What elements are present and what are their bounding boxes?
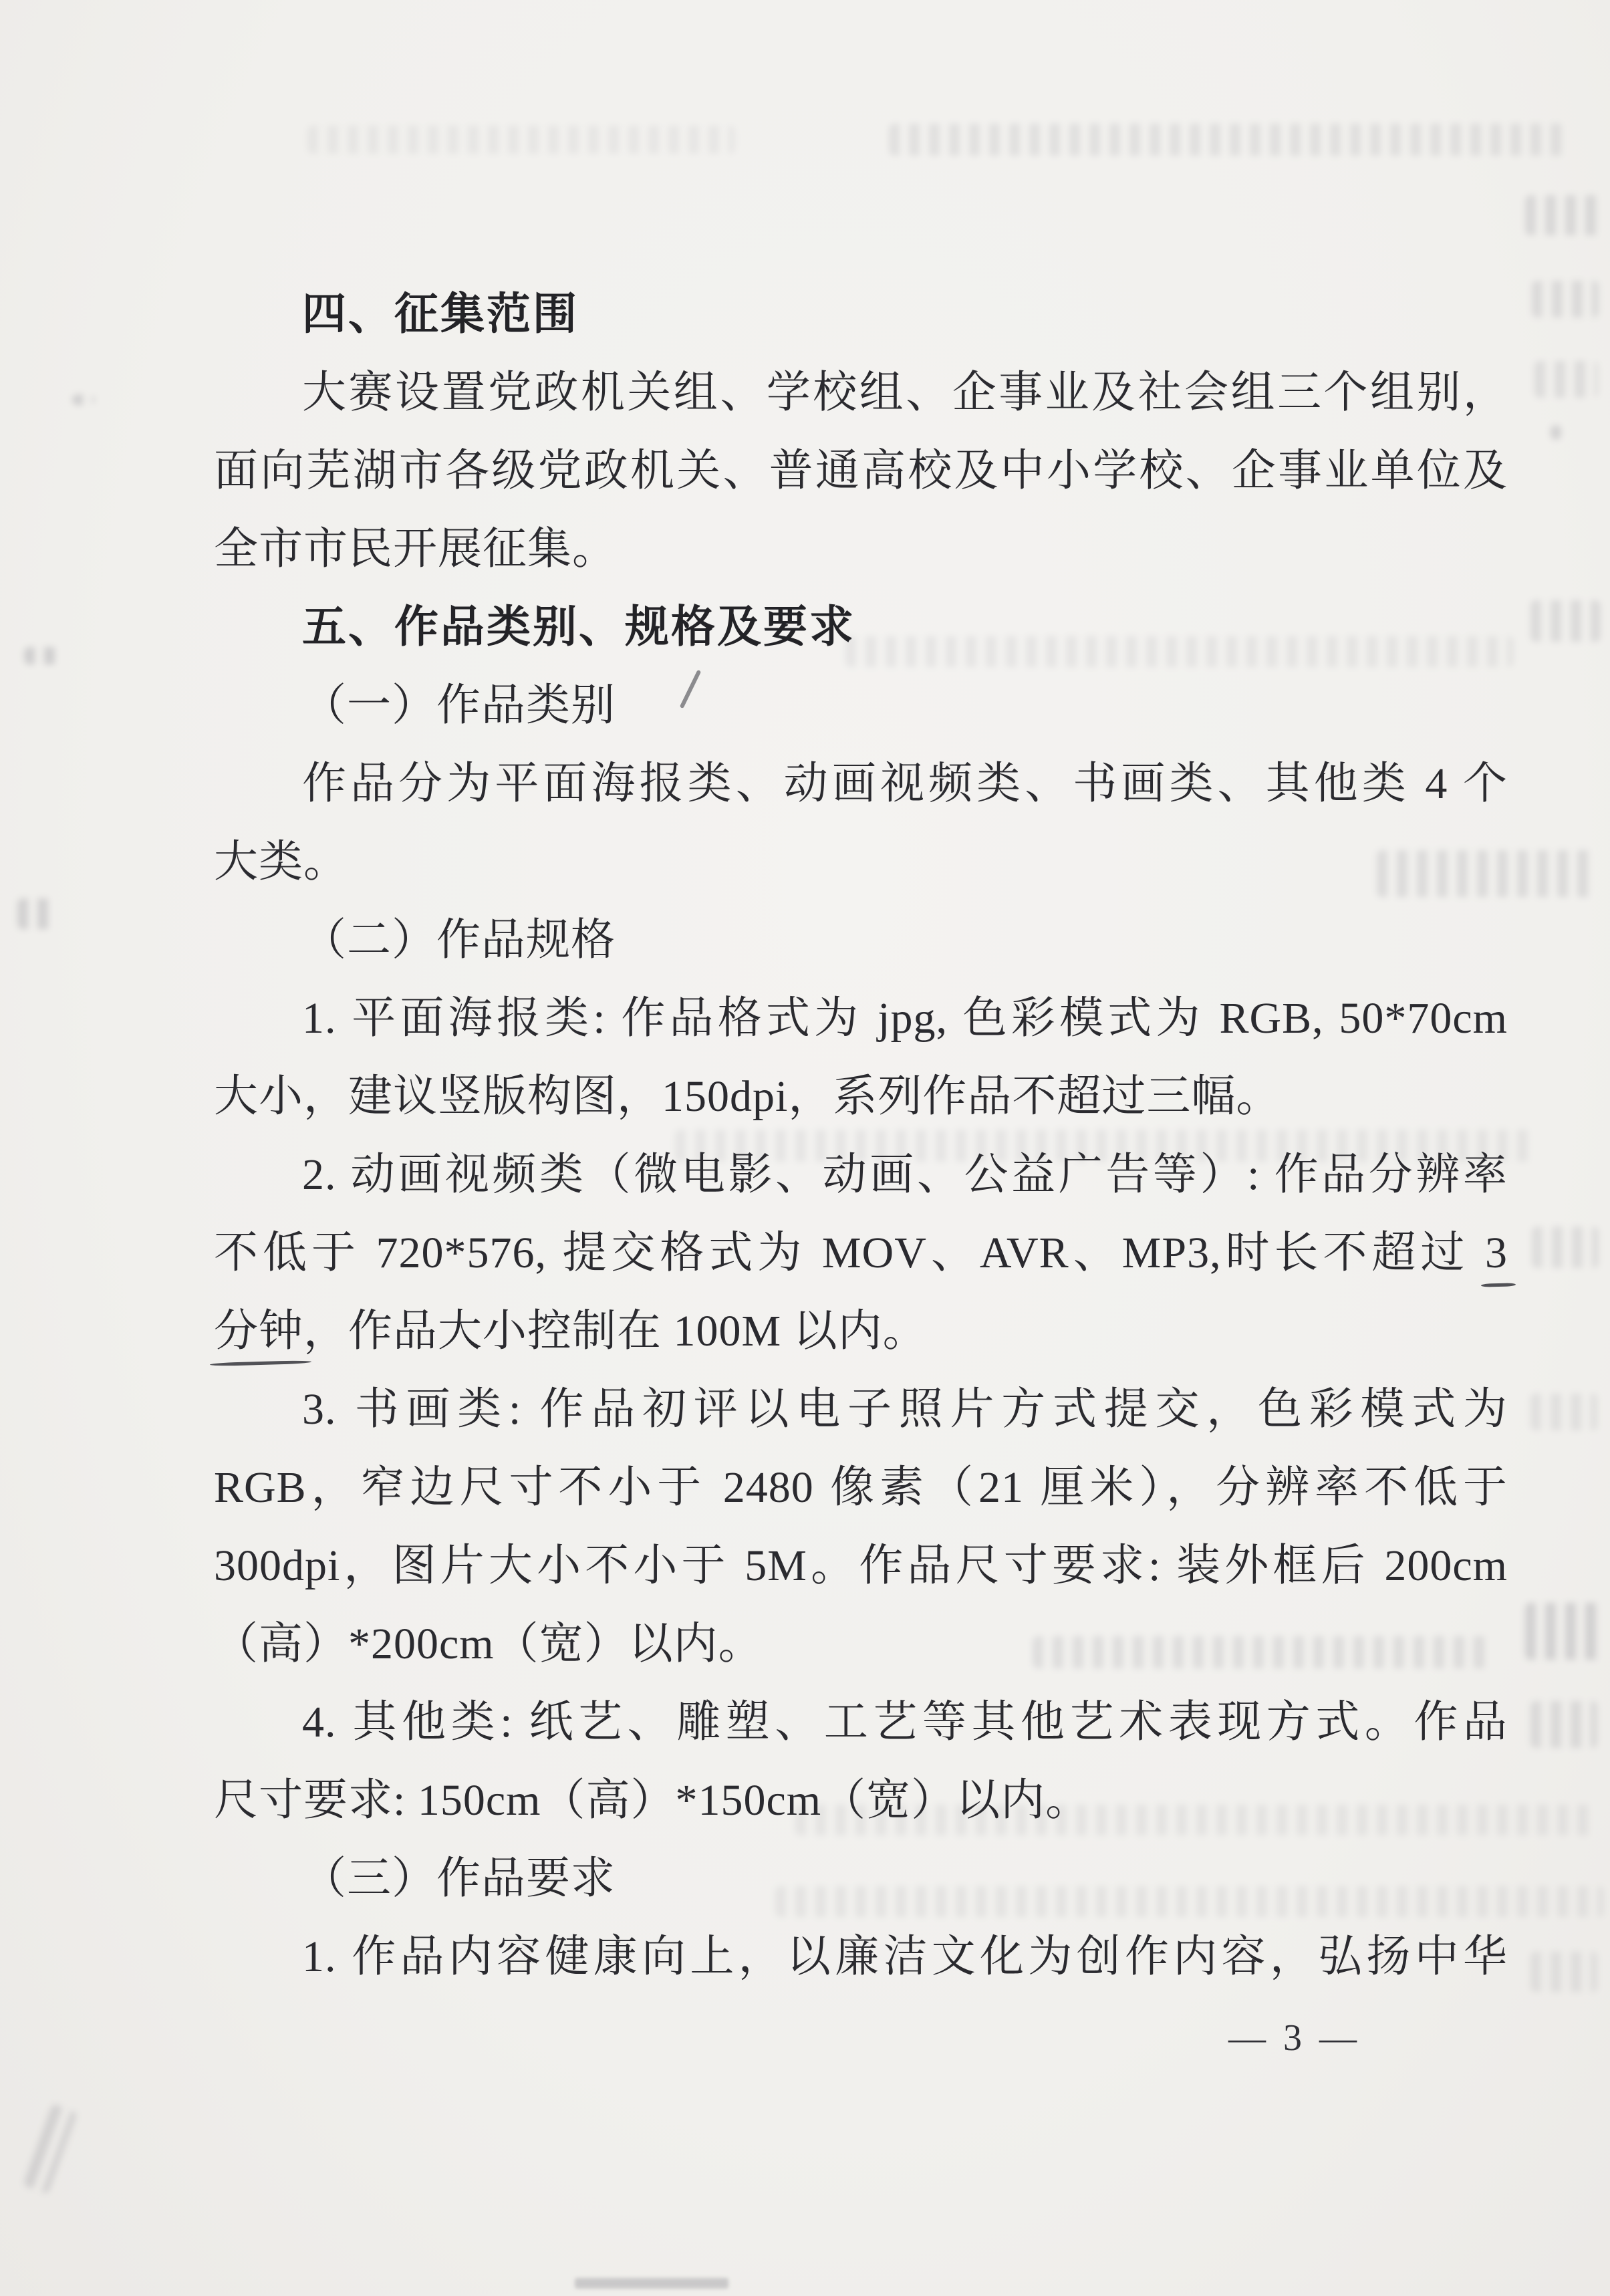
spec-item-1-line: 大小，建议竖版构图，150dpi，系列作品不超过三幅。 xyxy=(214,1057,1508,1136)
heading-section-5: 五、作品类别、规格及要求 xyxy=(214,588,1508,666)
spec-item-4-line: 尺寸要求: 150cm（高）*150cm（宽）以内。 xyxy=(214,1761,1508,1839)
paragraph-line: 面向芜湖市各级党政机关、普通高校及中小学校、企事业单位及 xyxy=(214,432,1508,510)
bleedthrough-smudge xyxy=(1530,600,1601,642)
bleedthrough-smudge xyxy=(1551,425,1561,440)
bleedthrough-smudge xyxy=(1525,195,1600,235)
paragraph-line: 大类。 xyxy=(214,823,1508,901)
requirement-item-1-line: 1. 作品内容健康向上，以廉洁文化为创作内容，弘扬中华 xyxy=(214,1918,1508,1996)
spec-item-3-line: （高）*200cm（宽）以内。 xyxy=(214,1605,1508,1683)
heading-section-4: 四、征集范围 xyxy=(214,275,1508,354)
paragraph-line: 全市市民开展征集。 xyxy=(214,510,1508,588)
underlined-duration-number: 3 xyxy=(1485,1229,1508,1277)
paragraph-line: 作品分为平面海报类、动画视频类、书画类、其他类 4 个 xyxy=(214,745,1508,823)
bleedthrough-smudge xyxy=(1532,1227,1599,1268)
spec-item-3-line: 3. 书画类: 作品初评以电子照片方式提交，色彩模式为 xyxy=(214,1370,1508,1448)
heading-sub-1: （一）作品类别 xyxy=(214,666,1508,745)
paragraph-line: 大赛设置党政机关组、学校组、企事业及社会组三个组别， xyxy=(214,354,1508,432)
scan-edge-band xyxy=(575,2278,728,2289)
underlined-duration-unit: 分钟 xyxy=(214,1307,303,1356)
bleedthrough-smudge xyxy=(23,2103,78,2194)
bleedthrough-smudge xyxy=(1530,1701,1597,1748)
spec-item-2-line: 2. 动画视频类（微电影、动画、公益广告等）: 作品分辨率 xyxy=(214,1136,1508,1214)
bleedthrough-smudge xyxy=(1530,1394,1597,1430)
bleedthrough-smudge xyxy=(1525,1603,1602,1660)
page-number: — 3 — xyxy=(1211,2008,1378,2068)
bleedthrough-smudge xyxy=(17,898,52,929)
heading-sub-3: （三）作品要求 xyxy=(214,1839,1508,1918)
heading-sub-2: （二）作品规格 xyxy=(214,901,1508,979)
spec-item-2-line: 不低于 720*576, 提交格式为 MOV、AVR、MP3,时长不超过 3 xyxy=(214,1214,1508,1292)
bleedthrough-smudge xyxy=(1530,1952,1597,1992)
document-body: 四、征集范围 大赛设置党政机关组、学校组、企事业及社会组三个组别， 面向芜湖市各… xyxy=(214,275,1508,1996)
spec-item-1-line: 1. 平面海报类: 作品格式为 jpg, 色彩模式为 RGB, 50*70cm xyxy=(214,979,1508,1057)
bleedthrough-smudge xyxy=(889,124,1564,156)
spec-item-2-line-text: ，作品大小控制在 100M 以内。 xyxy=(303,1307,928,1356)
spec-item-3-line: RGB，窄边尺寸不小于 2480 像素（21 厘米），分辨率不低于 xyxy=(214,1448,1508,1527)
scanned-document-page: 四、征集范围 大赛设置党政机关组、学校组、企事业及社会组三个组别， 面向芜湖市各… xyxy=(0,0,1610,2296)
spec-item-4-line: 4. 其他类: 纸艺、雕塑、工艺等其他艺术表现方式。作品 xyxy=(214,1683,1508,1761)
bleedthrough-smudge xyxy=(24,647,64,664)
bleedthrough-smudge xyxy=(1532,281,1599,317)
bleedthrough-smudge xyxy=(72,394,95,405)
bleedthrough-smudge xyxy=(1534,361,1598,398)
spec-item-3-line: 300dpi，图片大小不小于 5M。作品尺寸要求: 装外框后 200cm xyxy=(214,1527,1508,1605)
spec-item-2-line: 分钟，作品大小控制在 100M 以内。 xyxy=(214,1292,1508,1370)
spec-item-2-line-text: 不低于 720*576, 提交格式为 MOV、AVR、MP3,时长不超过 xyxy=(214,1229,1485,1277)
bleedthrough-smudge xyxy=(307,126,735,154)
